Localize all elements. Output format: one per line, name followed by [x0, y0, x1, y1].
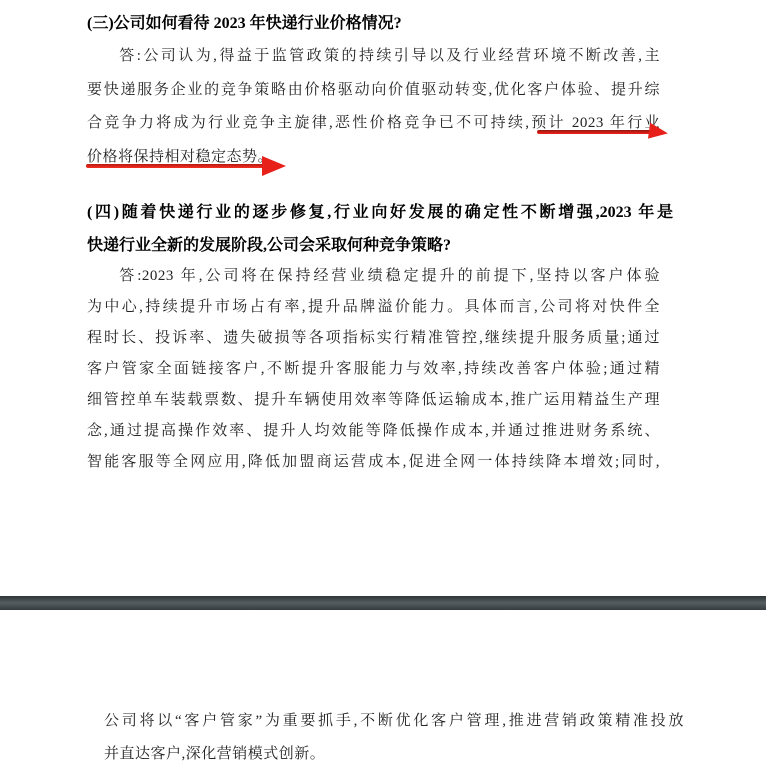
answer-line: 答:公司认为,得益于监管政策的持续引导以及行业经营环境不断改善,主: [87, 40, 660, 74]
red-underline-stroke: [537, 130, 653, 134]
answer-line: 答:2023 年,公司将在保持经营业绩稳定提升的前提下,坚持以客户体验: [87, 261, 660, 292]
heading-line: (四)随着快递行业的逐步修复,行业向好发展的确定性不断增强,2023 年是: [87, 196, 673, 229]
answer-line: 要快递服务企业的竞争策略由价格驱动向价值驱动转变,优化客户体验、提升综: [87, 74, 660, 108]
red-underline-stroke: [86, 164, 266, 168]
answer-line: 公司将以“客户管家”为重要抓手,不断优化客户管理,推进营销政策精准投放: [104, 705, 684, 738]
pdf-page-1: (三)公司如何看待 2023 年快递行业价格情况? 答:公司认为,得益于监管政策…: [0, 0, 766, 596]
document-viewport: (三)公司如何看待 2023 年快递行业价格情况? 答:公司认为,得益于监管政策…: [0, 0, 766, 775]
question-3-heading: (三)公司如何看待 2023 年快递行业价格情况?: [87, 7, 673, 40]
answer-line: 价格将保持相对稳定态势。: [87, 141, 660, 175]
page-separator-bar: [0, 596, 766, 610]
question-3-answer: 答:公司认为,得益于监管政策的持续引导以及行业经营环境不断改善,主 要快递服务企…: [87, 40, 660, 174]
answer-line: 合竞争力将成为行业竞争主旋律,恶性价格竞争已不可持续,预计 2023 年行业: [87, 107, 660, 141]
red-arrowhead-icon: [648, 123, 669, 141]
question-4-answer: 答:2023 年,公司将在保持经营业绩稳定提升的前提下,坚持以客户体验 为中心,…: [87, 261, 660, 478]
answer-line: 并直达客户,深化营销模式创新。: [104, 738, 684, 771]
answer-line: 念,通过提高操作效率、提升人均效能等降低操作成本,并通过推进财务系统、: [87, 416, 660, 447]
answer-line: 智能客服等全网应用,降低加盟商运营成本,促进全网一体持续降本增效;同时,: [87, 447, 660, 478]
answer-line: 细管控单车装载票数、提升车辆使用效率等降低运输成本,推广运用精益生产理: [87, 385, 660, 416]
heading-line: 快递行业全新的发展阶段,公司会采取何种竞争策略?: [87, 229, 673, 262]
answer-line: 为中心,持续提升市场占有率,提升品牌溢价能力。具体而言,公司将对快件全: [87, 292, 660, 323]
question-4-heading: (四)随着快递行业的逐步修复,行业向好发展的确定性不断增强,2023 年是 快递…: [87, 196, 673, 262]
answer-line: 程时长、投诉率、遗失破损等各项指标实行精准管控,继续提升服务质量;通过: [87, 323, 660, 354]
answer-line: 客户管家全面链接客户,不断提升客服能力与效率,持续改善客户体验;通过精: [87, 354, 660, 385]
red-arrowhead-icon: [262, 156, 286, 176]
pdf-page-2: 公司将以“客户管家”为重要抓手,不断优化客户管理,推进营销政策精准投放 并直达客…: [0, 610, 766, 775]
continuation-paragraph: 公司将以“客户管家”为重要抓手,不断优化客户管理,推进营销政策精准投放 并直达客…: [104, 705, 684, 771]
